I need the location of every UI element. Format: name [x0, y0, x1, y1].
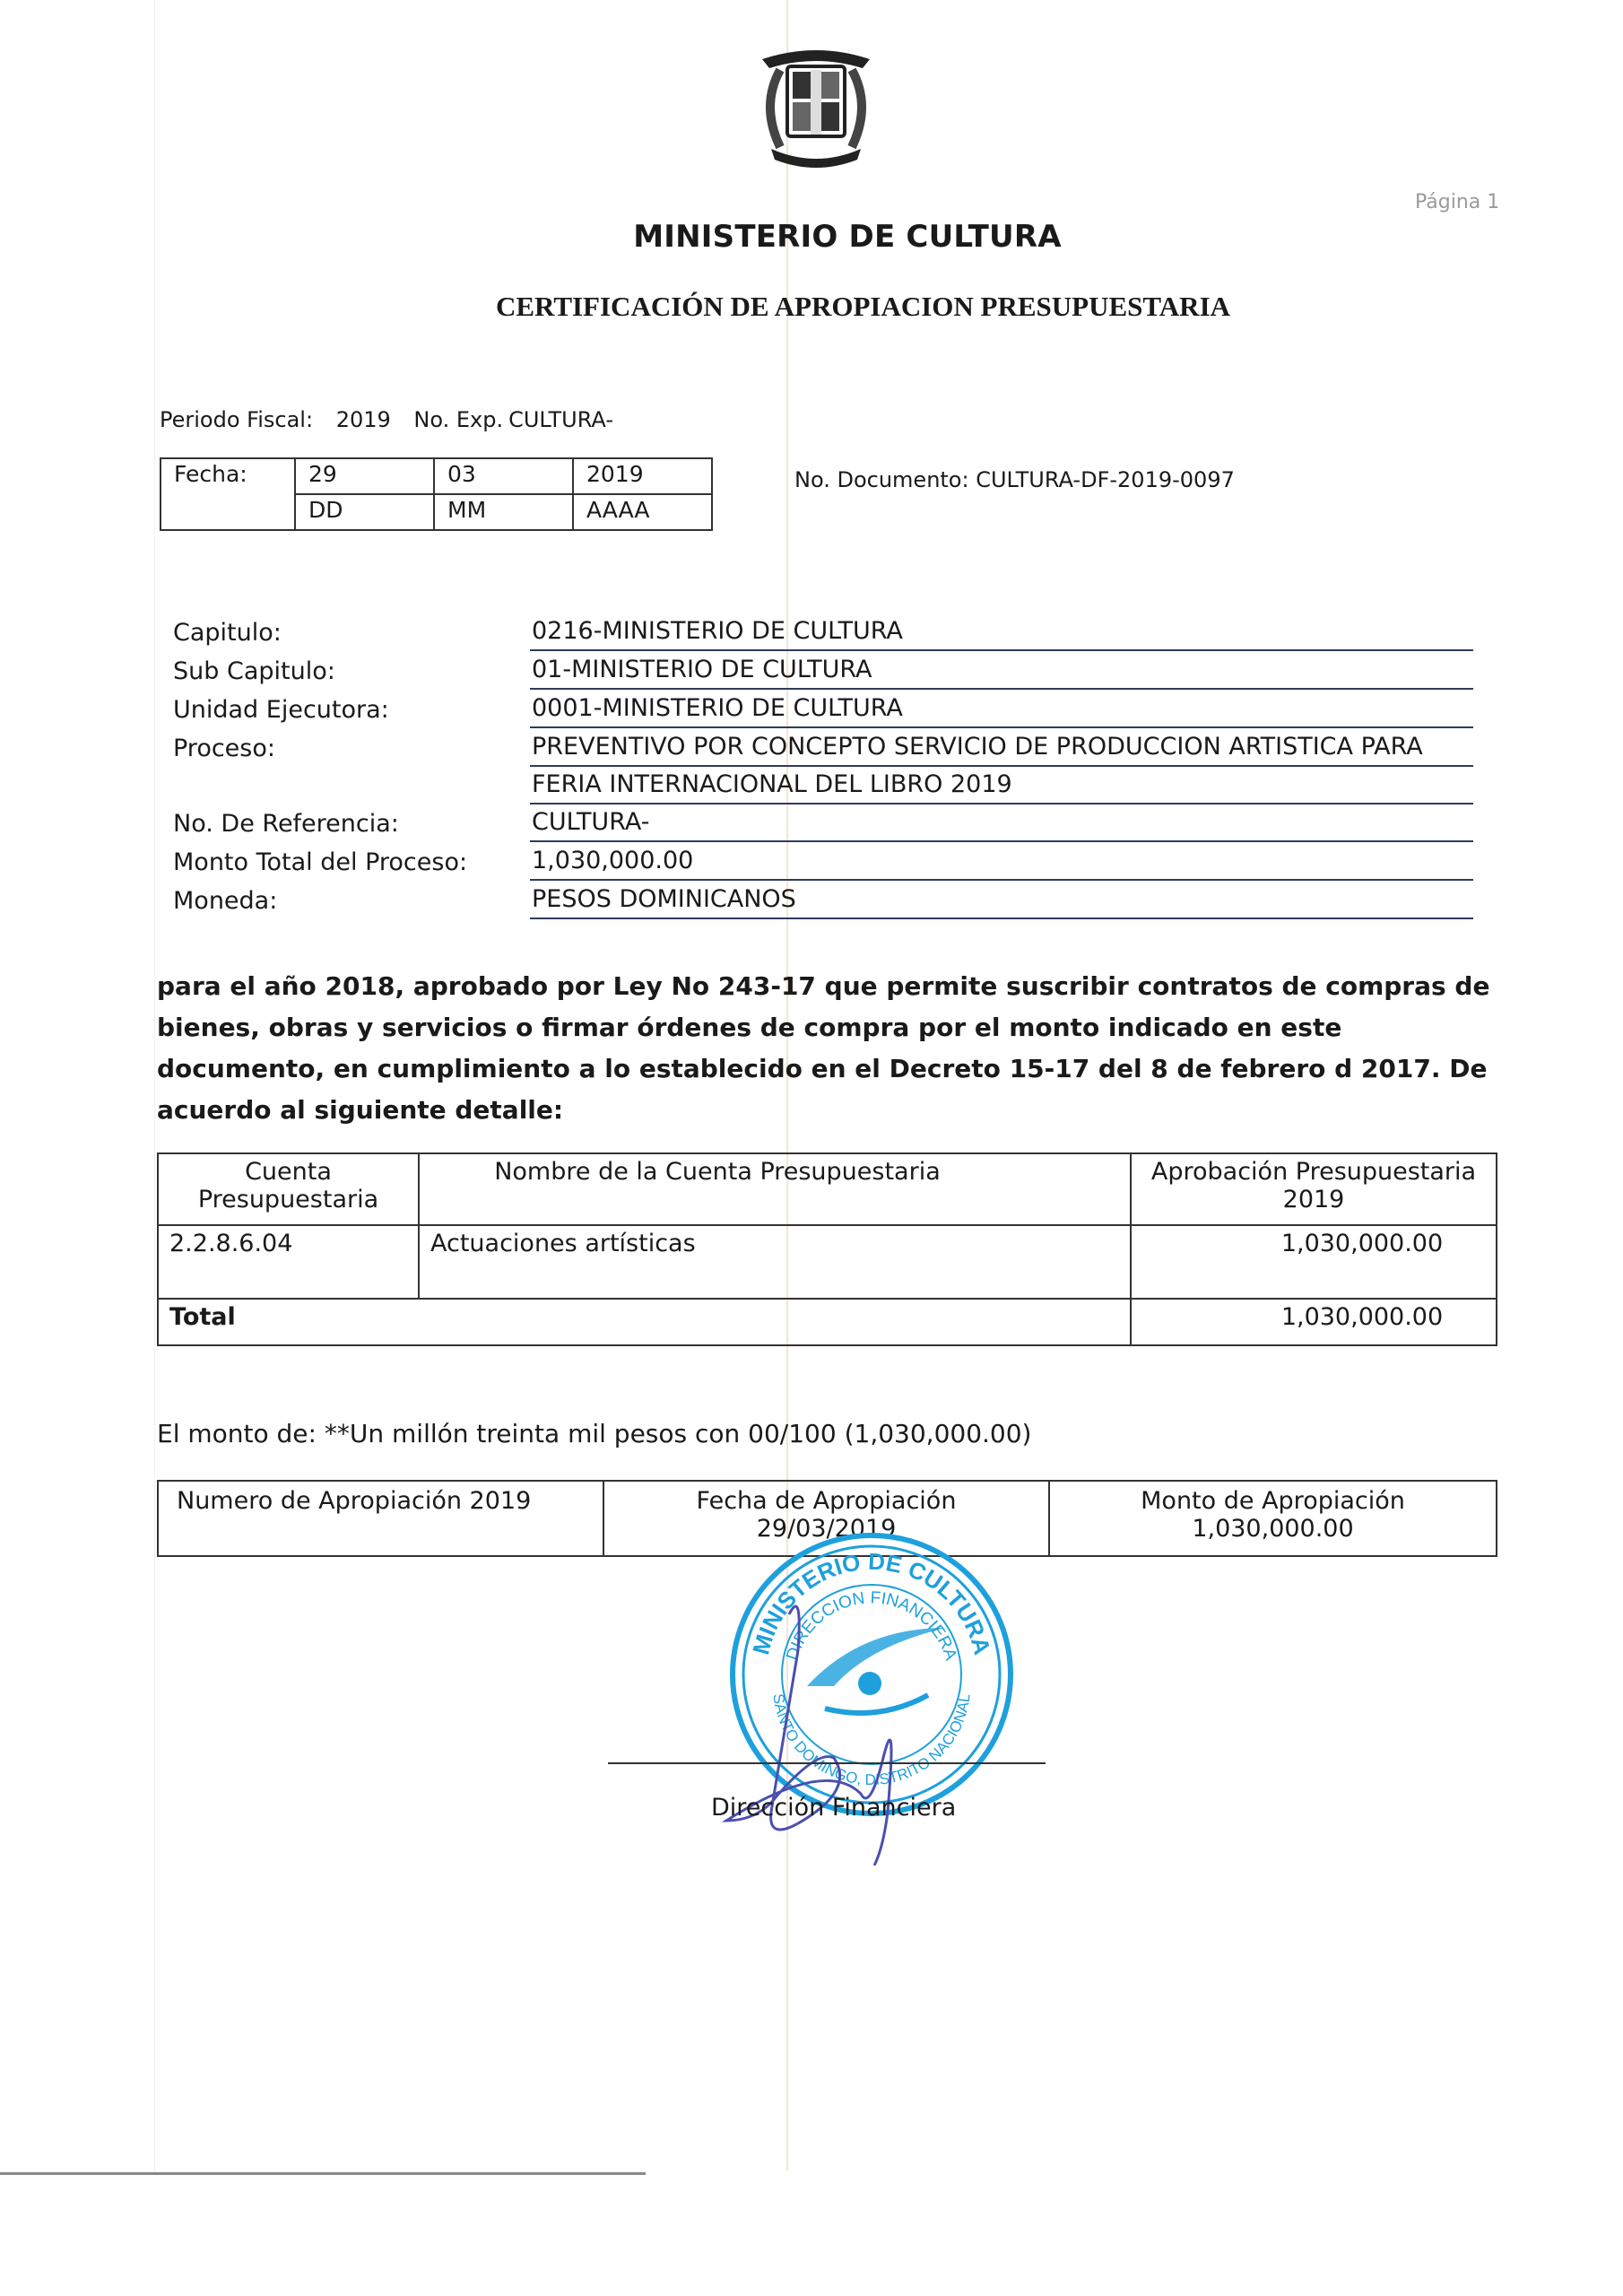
header-aprobacion: Aprobación Presupuestaria 2019	[1131, 1153, 1497, 1225]
date-month: 03	[434, 458, 573, 494]
total-label: Total	[158, 1299, 1131, 1345]
field-label: Unidad Ejecutora:	[173, 691, 530, 729]
date-day: 29	[295, 458, 434, 494]
header-nombre: Nombre de la Cuenta Presupuestaria	[419, 1153, 1131, 1225]
field-label: Capitulo:	[173, 613, 530, 652]
cell-monto: 1,030,000.00	[1131, 1225, 1497, 1299]
field-row: Unidad Ejecutora:0001-MINISTERIO DE CULT…	[173, 691, 1473, 729]
numero-apropiacion: Numero de Apropiación 2019	[158, 1481, 603, 1556]
date-box: Fecha: 29 03 2019 DD MM AAAA	[160, 457, 713, 531]
page-number: Página 1	[1415, 191, 1499, 213]
fiscal-period-line: Periodo Fiscal: 2019 No. Exp.CULTURA-	[160, 407, 629, 432]
field-label: Moneda:	[173, 882, 530, 920]
field-values: CULTURA-	[530, 804, 1473, 843]
budget-account-table: Cuenta Presupuestaria Nombre de la Cuent…	[157, 1152, 1497, 1346]
field-values: 0001-MINISTERIO DE CULTURA	[530, 691, 1473, 729]
document-number: No. Documento: CULTURA-DF-2019-0097	[794, 467, 1235, 492]
field-value: 0216-MINISTERIO DE CULTURA	[530, 613, 1473, 651]
field-row: Moneda:PESOS DOMINICANOS	[173, 882, 1473, 920]
total-value: 1,030,000.00	[1131, 1299, 1497, 1345]
date-year-hint: AAAA	[573, 494, 712, 530]
field-value: CULTURA-	[530, 804, 1473, 842]
field-label: No. De Referencia:	[173, 804, 530, 843]
signature-title: Dirección Financiera	[711, 1794, 956, 1822]
field-value: PREVENTIVO POR CONCEPTO SERVICIO DE PROD…	[530, 729, 1473, 767]
cell-nombre: Actuaciones artísticas	[419, 1225, 1131, 1299]
monto-label: Monto de Apropiación	[1068, 1487, 1478, 1515]
field-value: PESOS DOMINICANOS	[530, 882, 1473, 919]
field-values: PESOS DOMINICANOS	[530, 882, 1473, 920]
total-row: Total 1,030,000.00	[158, 1299, 1497, 1345]
legal-paragraph: para el año 2018, aprobado por Ley No 24…	[157, 966, 1502, 1131]
field-value: FERIA INTERNACIONAL DEL LIBRO 2019	[530, 767, 1473, 804]
fecha-label: Fecha de Apropiación	[622, 1487, 1030, 1515]
field-values: PREVENTIVO POR CONCEPTO SERVICIO DE PROD…	[530, 729, 1473, 804]
numero-label: Numero de Apropiación 2019	[177, 1487, 585, 1515]
ministry-name: MINISTERIO DE CULTURA	[0, 219, 1623, 255]
document-title: CERTIFICACIÓN DE APROPIACION PRESUPUESTA…	[0, 291, 1623, 323]
document-number-label: No. Documento:	[794, 467, 969, 492]
field-row: Sub Capitulo:01-MINISTERIO DE CULTURA	[173, 652, 1473, 691]
field-value: 1,030,000.00	[530, 843, 1473, 881]
exp-value: CULTURA-	[508, 407, 613, 432]
scan-fold-line	[154, 0, 155, 2170]
table-row: 2.2.8.6.04 Actuaciones artísticas 1,030,…	[158, 1225, 1497, 1299]
signature-line	[608, 1762, 1046, 1764]
field-row: Monto Total del Proceso:1,030,000.00	[173, 843, 1473, 882]
dominican-coat-of-arms-icon	[744, 34, 888, 178]
field-value: 01-MINISTERIO DE CULTURA	[530, 652, 1473, 690]
monto-apropiacion: Monto de Apropiación 1,030,000.00	[1049, 1481, 1497, 1556]
periodo-value: 2019	[336, 407, 391, 432]
field-values: 1,030,000.00	[530, 843, 1473, 882]
field-label: Sub Capitulo:	[173, 652, 530, 691]
field-row: Proceso:PREVENTIVO POR CONCEPTO SERVICIO…	[173, 729, 1473, 804]
date-day-hint: DD	[295, 494, 434, 530]
signature-icon	[717, 1578, 986, 1865]
field-label: Proceso:	[173, 729, 530, 804]
exp-label: No. Exp.	[413, 407, 503, 432]
cell-cuenta: 2.2.8.6.04	[158, 1225, 419, 1299]
amount-in-words: El monto de: **Un millón treinta mil pes…	[157, 1419, 1031, 1448]
field-label: Monto Total del Proceso:	[173, 843, 530, 882]
field-values: 0216-MINISTERIO DE CULTURA	[530, 613, 1473, 652]
monto-value: 1,030,000.00	[1068, 1515, 1478, 1543]
field-value: 0001-MINISTERIO DE CULTURA	[530, 691, 1473, 728]
date-year: 2019	[573, 458, 712, 494]
field-values: 01-MINISTERIO DE CULTURA	[530, 652, 1473, 691]
document-number-value: CULTURA-DF-2019-0097	[976, 467, 1235, 492]
field-row: Capitulo:0216-MINISTERIO DE CULTURA	[173, 613, 1473, 652]
header-cuenta: Cuenta Presupuestaria	[158, 1153, 419, 1225]
date-label: Fecha:	[161, 458, 295, 530]
footer-rule	[0, 2172, 646, 2175]
field-row: No. De Referencia:CULTURA-	[173, 804, 1473, 843]
date-month-hint: MM	[434, 494, 573, 530]
budget-fields: Capitulo:0216-MINISTERIO DE CULTURASub C…	[173, 613, 1473, 920]
periodo-label: Periodo Fiscal:	[160, 407, 313, 432]
